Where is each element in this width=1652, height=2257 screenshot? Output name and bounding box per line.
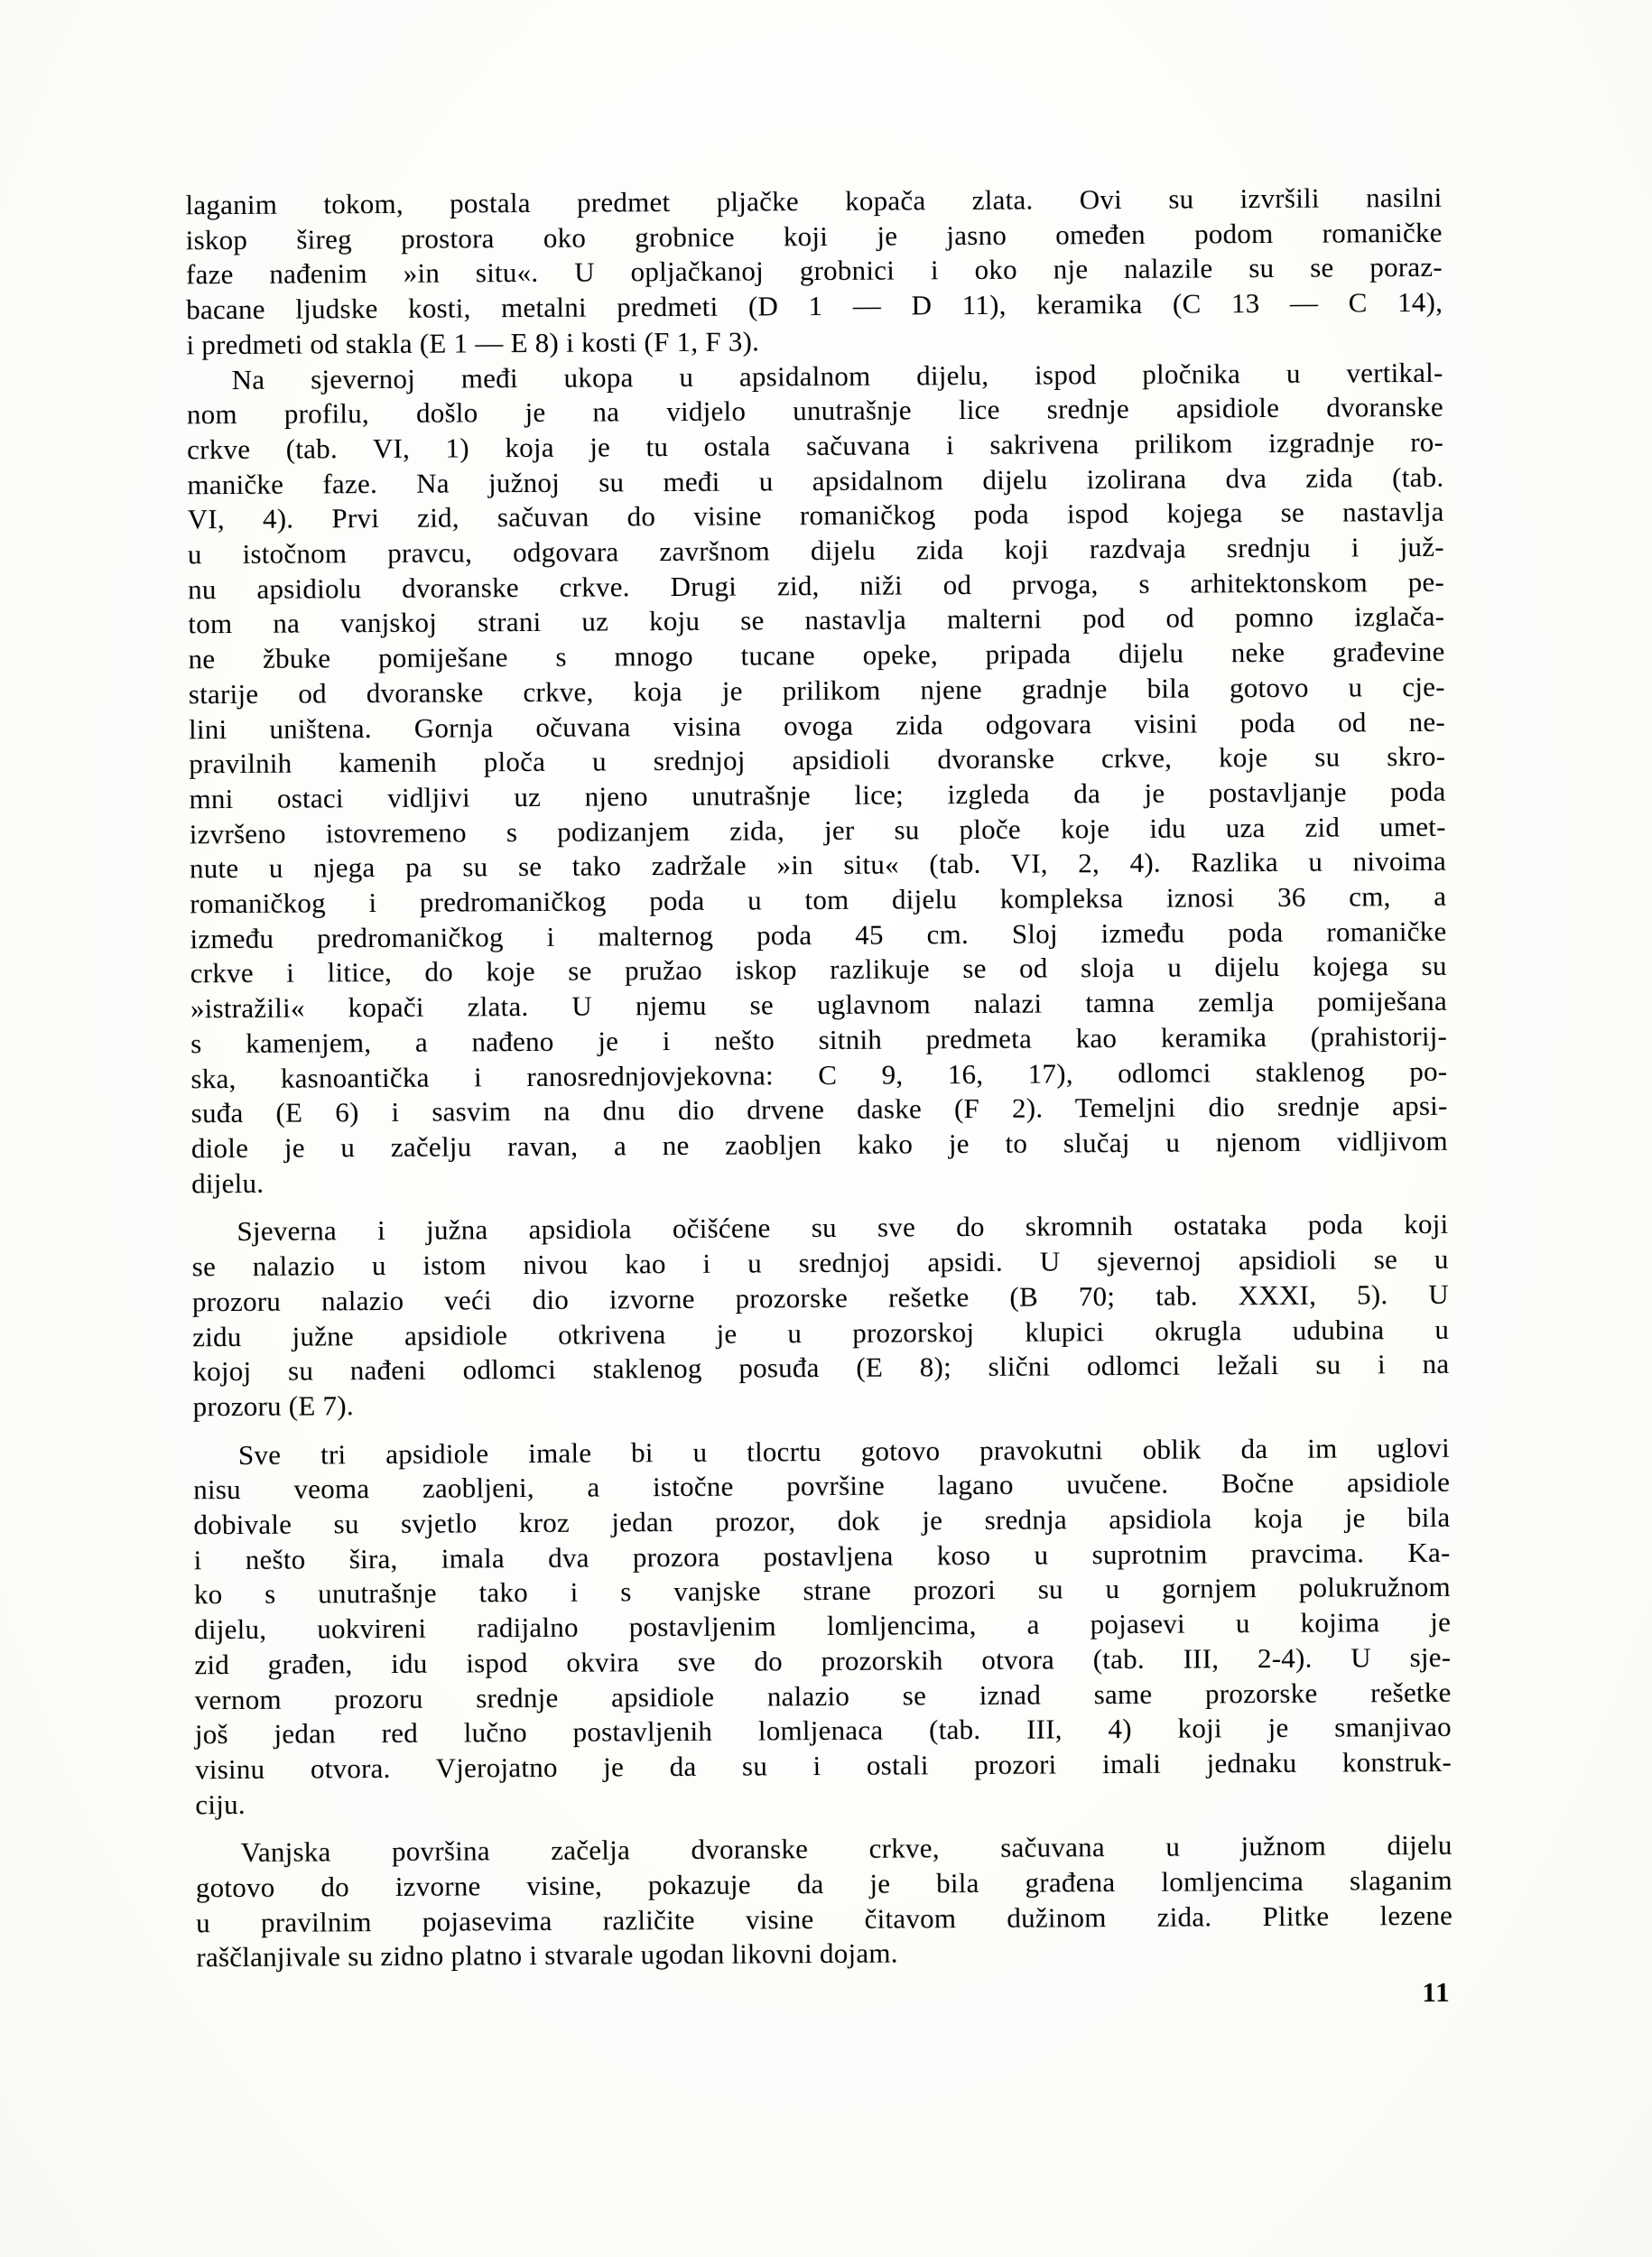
paragraph: Sjeverna i južna apsidiola očišćene su s… [191, 1207, 1449, 1425]
paragraph: Na sjevernoj međi ukopa u apsidalnom dij… [187, 355, 1449, 1201]
paragraph: laganim tokom, postala predmet pljačke k… [185, 181, 1443, 363]
scan-tilt-wrapper: laganim tokom, postala predmet pljačke k… [0, 0, 1652, 2257]
paragraph: Sve tri apsidiole imale bi u tlocrtu got… [193, 1430, 1452, 1822]
page-number: 11 [1360, 1976, 1451, 2010]
text-line: raščlanjivale su zidno platno i stvarale… [196, 1933, 1452, 1975]
scanned-page: laganim tokom, postala predmet pljačke k… [0, 0, 1652, 2257]
text-block: laganim tokom, postala predmet pljačke k… [185, 181, 1452, 1976]
paragraph: Vanjska površina začelja dvoranske crkve… [196, 1828, 1453, 1975]
